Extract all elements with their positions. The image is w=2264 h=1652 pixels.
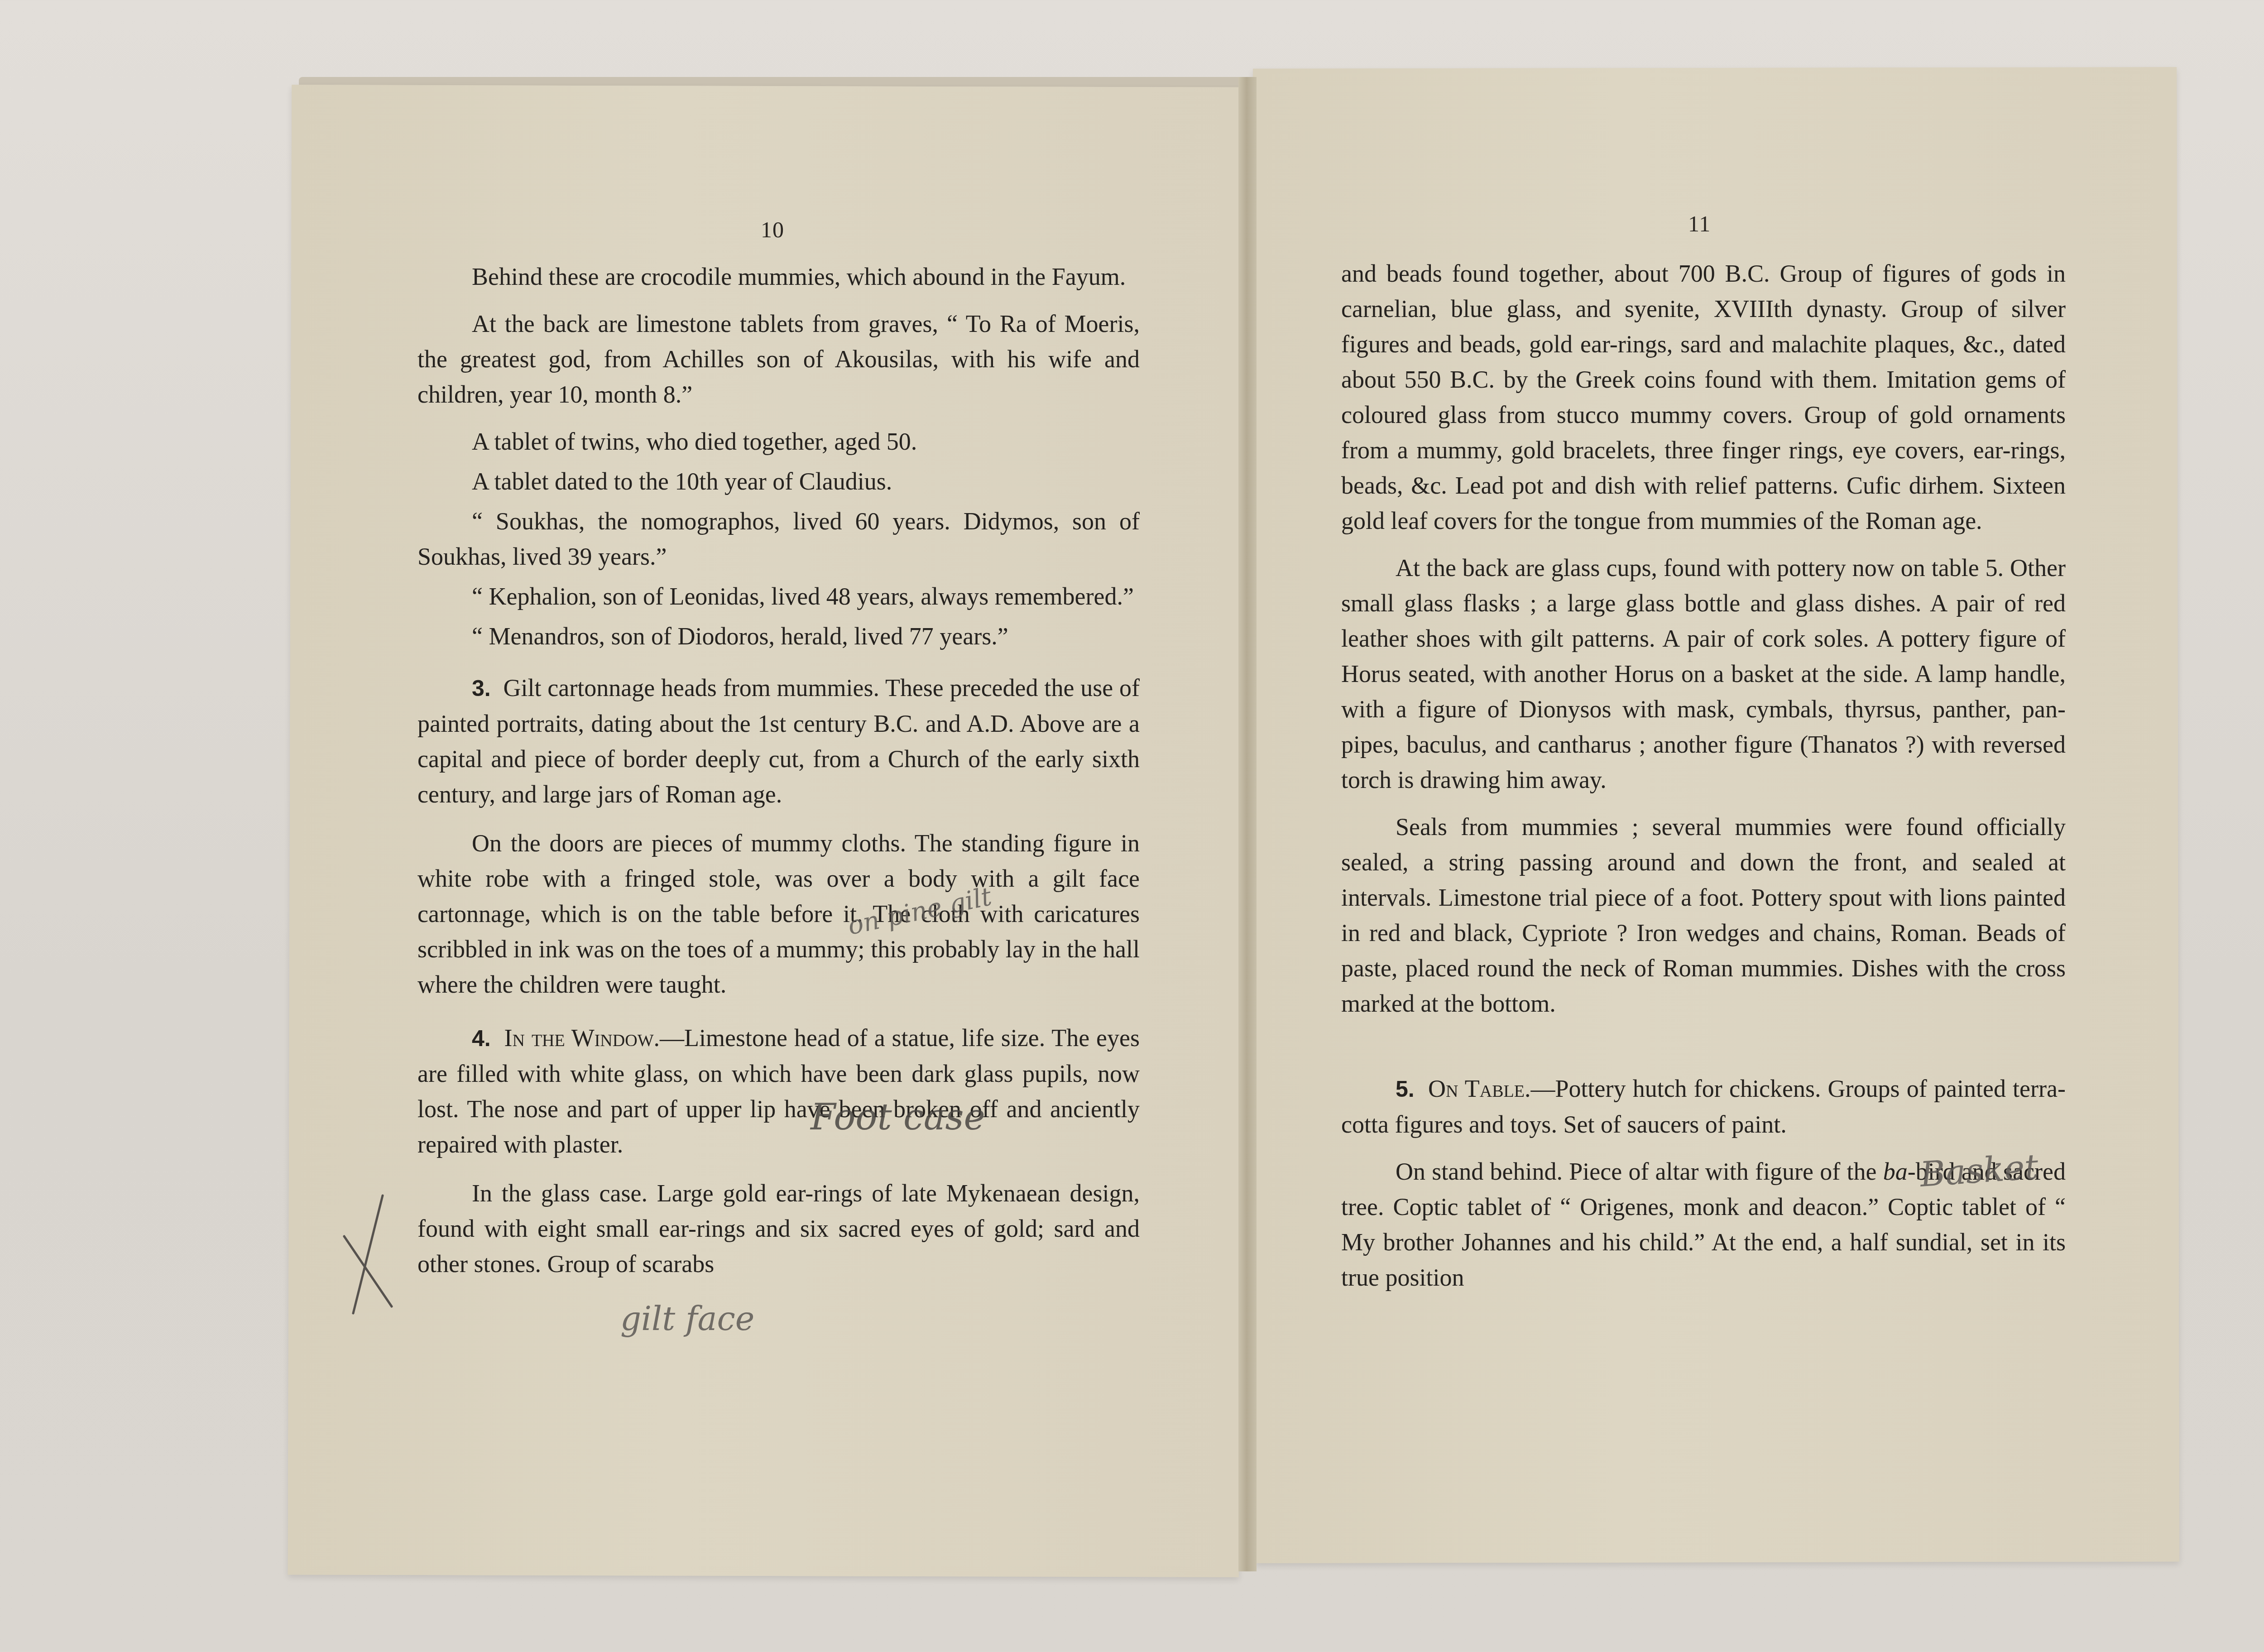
numbered-paragraph-3: 3. Gilt cartonnage heads from mummies. T… xyxy=(417,670,1140,812)
page-number-left: 10 xyxy=(761,216,784,243)
paragraph: “ Soukhas, the nomographos, lived 60 yea… xyxy=(417,504,1140,574)
x-mark-icon xyxy=(340,1191,394,1318)
item-number: 3. xyxy=(472,676,491,701)
paragraph: Seals from mummies ; several mummies wer… xyxy=(1341,809,2066,1021)
handwritten-note: Foot case xyxy=(811,1096,985,1138)
paragraph: On the doors are pieces of mummy cloths.… xyxy=(417,826,1140,1002)
item-number: 5. xyxy=(1396,1076,1415,1102)
paragraph: A tablet dated to the 10th year of Claud… xyxy=(417,464,1140,499)
paragraph: Behind these are crocodile mummies, whic… xyxy=(417,259,1140,294)
numbered-paragraph-4: 4. In the Window.—Limestone head of a st… xyxy=(417,1020,1140,1162)
section-heading: In the Window. xyxy=(504,1024,660,1052)
paragraph-body: On stand behind. Piece of altar with fig… xyxy=(1396,1158,1883,1185)
paragraph: At the back are glass cups, found with p… xyxy=(1341,550,2066,797)
paragraph: A tablet of twins, who died together, ag… xyxy=(417,424,1140,459)
page-number-right: 11 xyxy=(1688,211,1711,237)
paragraph-body: Gilt cartonnage heads from mummies. Thes… xyxy=(417,674,1140,808)
handwritten-note: Basket xyxy=(1919,1146,2039,1195)
italic-term: ba xyxy=(1883,1158,1908,1185)
paragraph: “ Kephalion, son of Leonidas, lived 48 y… xyxy=(417,579,1140,614)
book-gutter xyxy=(1238,77,1257,1571)
item-number: 4. xyxy=(472,1026,491,1051)
paragraph: “ Menandros, son of Diodoros, herald, li… xyxy=(417,619,1140,654)
numbered-paragraph-5: 5. On Table.—Pottery hutch for chickens.… xyxy=(1341,1071,2066,1142)
left-page-text: Behind these are crocodile mummies, whic… xyxy=(417,259,1140,1282)
paragraph: At the back are limestone tablets from g… xyxy=(417,306,1140,412)
section-heading: On Table. xyxy=(1428,1075,1530,1102)
paragraph: In the glass case. Large gold ear-rings … xyxy=(417,1176,1140,1282)
paragraph: and beads found together, about 700 B.C.… xyxy=(1341,256,2066,538)
handwritten-note: gilt face xyxy=(620,1300,754,1338)
right-page-text: and beads found together, about 700 B.C.… xyxy=(1341,256,2066,1295)
